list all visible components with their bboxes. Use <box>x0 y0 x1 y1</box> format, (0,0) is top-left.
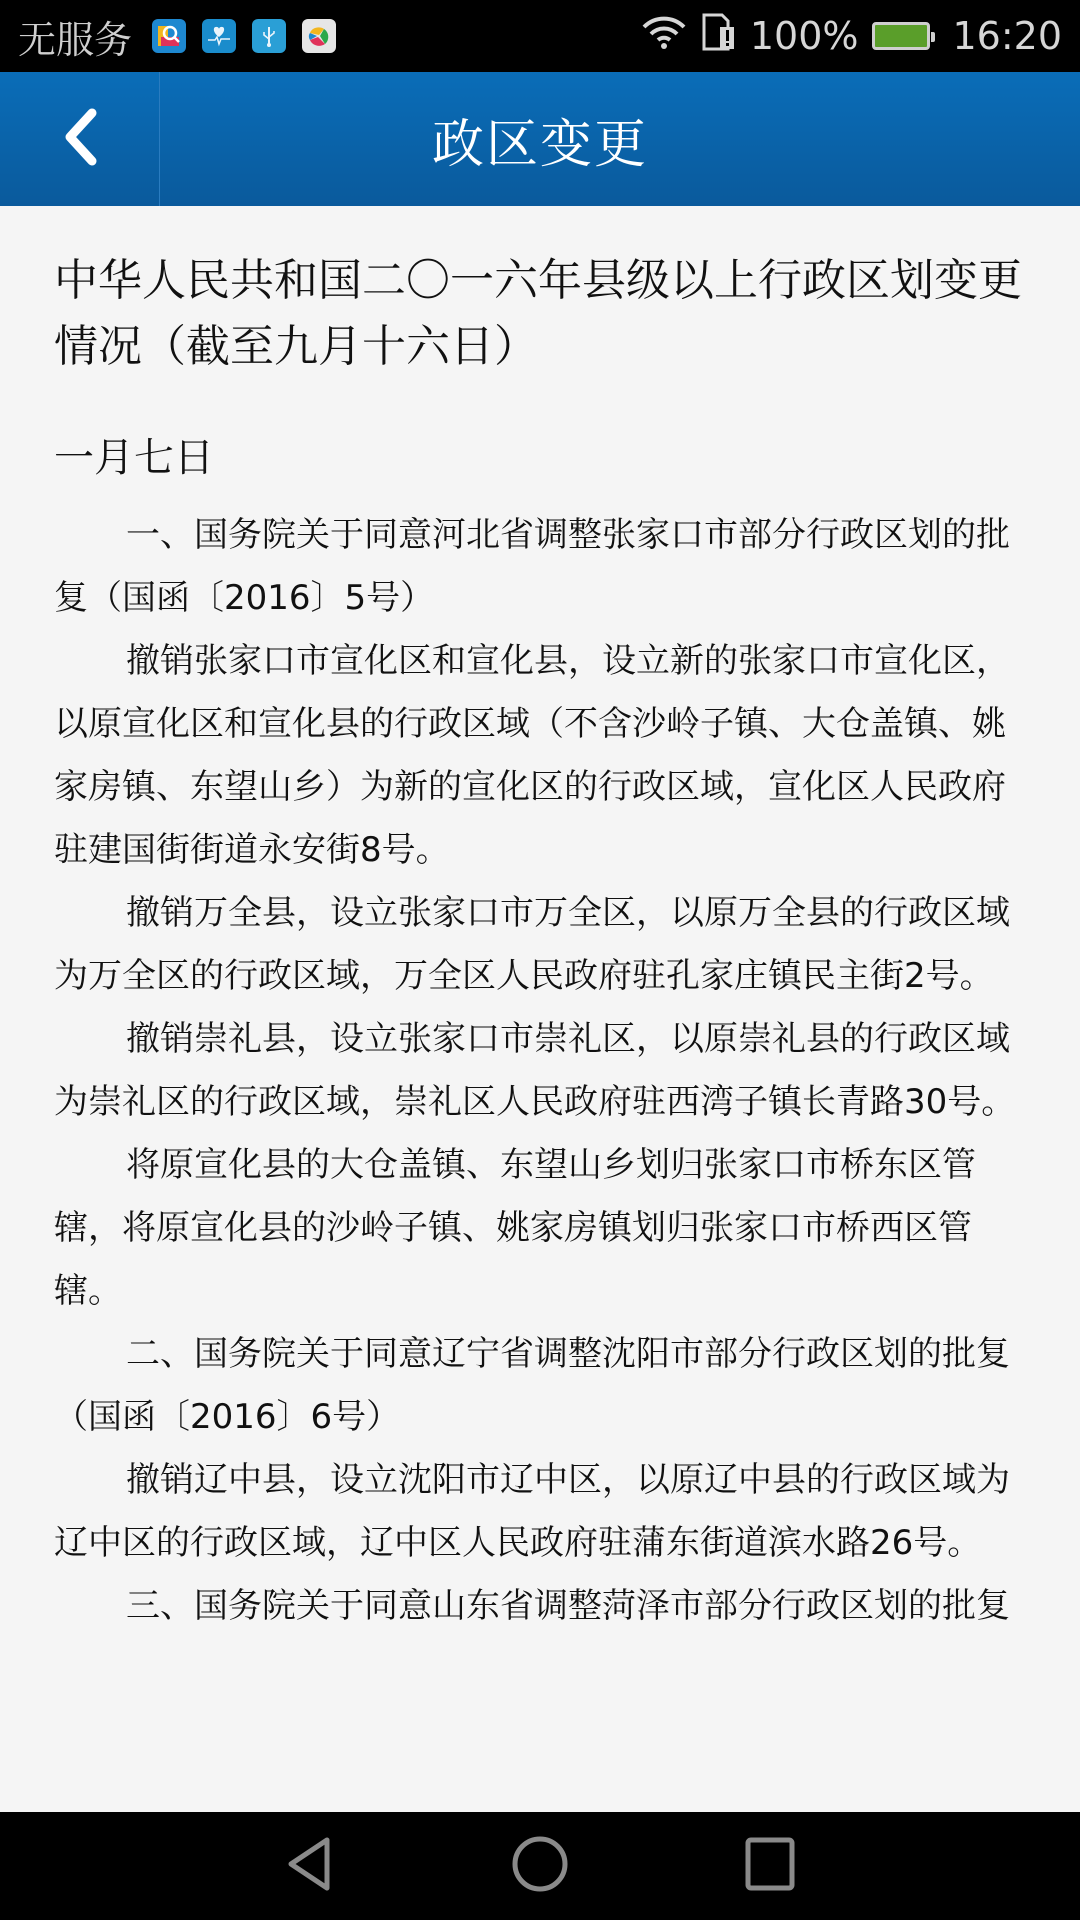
article-title: 中华人民共和国二〇一六年县级以上行政区划变更情况（截至九月十六日） <box>54 248 1034 380</box>
battery-percent: 100% <box>750 14 859 58</box>
paragraph: 撤销辽中县，设立沈阳市辽中区，以原辽中县的行政区域为辽中区的行政区域，辽中区人民… <box>54 1449 1028 1575</box>
home-circle-icon <box>510 1834 570 1898</box>
paragraph: 撤销崇礼县，设立张家口市崇礼区，以原崇礼县的行政区域为崇礼区的行政区域，崇礼区人… <box>54 1008 1028 1134</box>
recents-square-icon <box>743 1836 797 1896</box>
page-title: 政区变更 <box>160 72 920 206</box>
article-scroll-area[interactable]: 中华人民共和国二〇一六年县级以上行政区划变更情况（截至九月十六日） 一月七日 一… <box>0 206 1080 1812</box>
back-button[interactable] <box>0 72 160 206</box>
article-body: 一、国务院关于同意河北省调整张家口市部分行政区划的批复（国函〔2016〕5号） … <box>54 504 1028 1638</box>
nav-home-button[interactable] <box>500 1826 580 1906</box>
nav-recents-button[interactable] <box>730 1826 810 1906</box>
contacts-search-icon <box>152 19 186 53</box>
paragraph: 三、国务院关于同意山东省调整菏泽市部分行政区划的批复 <box>54 1575 1028 1638</box>
status-bar: 无服务 100% 16:20 <box>0 0 1080 72</box>
health-heart-icon <box>202 19 236 53</box>
article-date: 一月七日 <box>54 428 214 488</box>
app-swirl-icon <box>302 19 336 53</box>
usb-icon <box>252 19 286 53</box>
clock: 16:20 <box>952 14 1062 58</box>
back-triangle-icon <box>285 1836 335 1896</box>
battery-charging-icon <box>872 22 930 50</box>
paragraph: 一、国务院关于同意河北省调整张家口市部分行政区划的批复（国函〔2016〕5号） <box>54 504 1028 630</box>
chevron-left-icon <box>58 107 102 171</box>
system-nav-bar <box>0 1812 1080 1920</box>
sim-alert-icon <box>702 13 736 60</box>
paragraph: 撤销张家口市宣化区和宣化县，设立新的张家口市宣化区，以原宣化区和宣化县的行政区域… <box>54 630 1028 882</box>
paragraph: 撤销万全县，设立张家口市万全区，以原万全县的行政区域为万全区的行政区域，万全区人… <box>54 882 1028 1008</box>
wifi-icon <box>640 14 688 58</box>
paragraph: 将原宣化县的大仓盖镇、东望山乡划归张家口市桥东区管辖，将原宣化县的沙岭子镇、姚家… <box>54 1134 1028 1323</box>
app-header: 政区变更 <box>0 72 1080 206</box>
paragraph: 二、国务院关于同意辽宁省调整沈阳市部分行政区划的批复（国函〔2016〕6号） <box>54 1323 1028 1449</box>
carrier-label: 无服务 <box>18 9 132 64</box>
nav-back-button[interactable] <box>270 1826 350 1906</box>
